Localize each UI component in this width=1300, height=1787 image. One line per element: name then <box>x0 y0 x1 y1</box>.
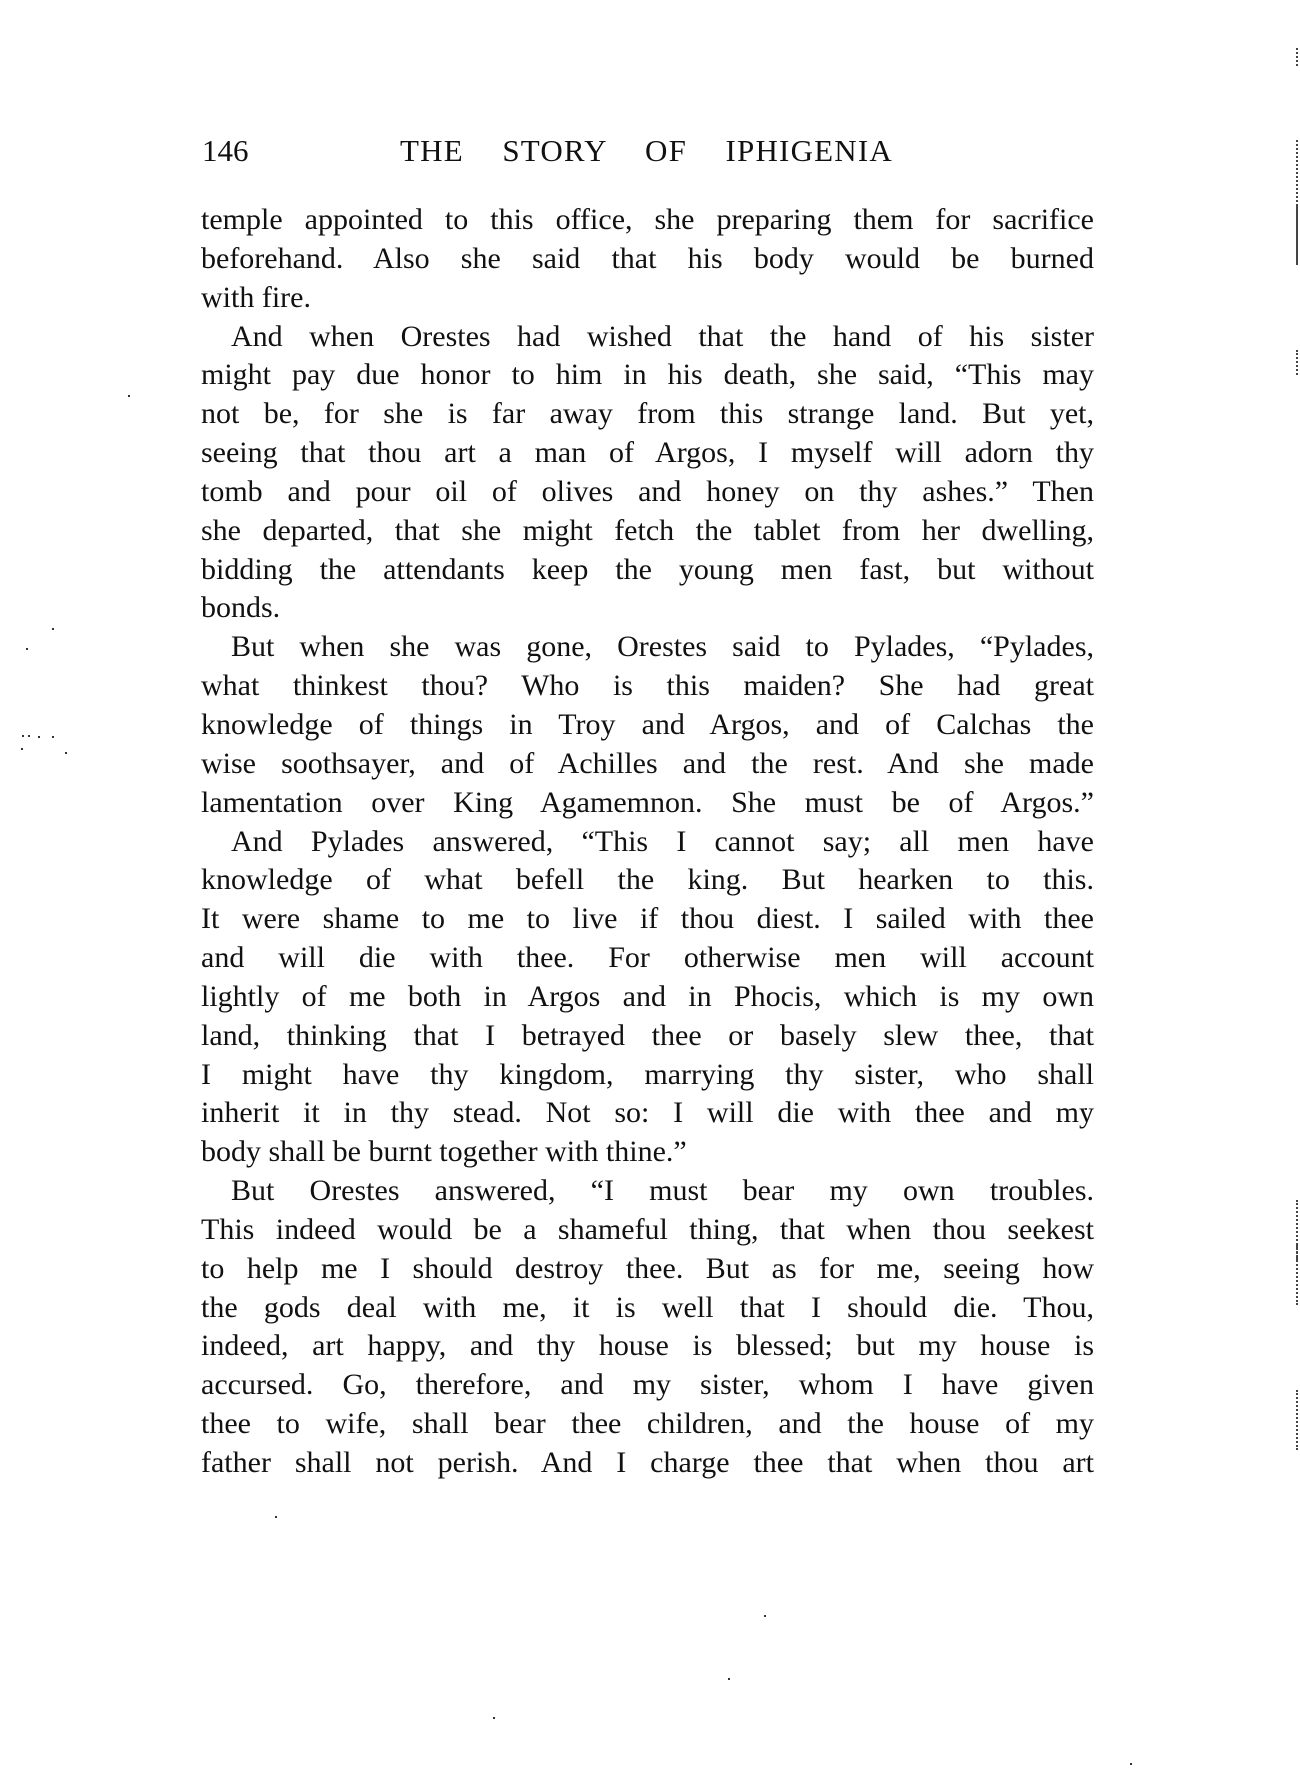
text-line: This indeed would be a shameful thing, t… <box>201 1211 1094 1250</box>
scan-speck <box>28 735 30 737</box>
text-line: body shall be burnt together with thine.… <box>201 1133 1094 1172</box>
scan-speck <box>52 736 54 738</box>
text-line: But when she was gone, Orestes said to P… <box>201 628 1094 667</box>
text-line: But Orestes answered, “I must bear my ow… <box>201 1172 1094 1211</box>
paragraph-5: But Orestes answered, “I must bear my ow… <box>201 1172 1094 1483</box>
page-number: 146 <box>202 131 249 171</box>
text-line: with fire. <box>201 279 1094 318</box>
text-line: and will die with thee. For otherwise me… <box>201 939 1094 978</box>
scan-edge-mark <box>1294 205 1298 265</box>
text-line: she departed, that she might fetch the t… <box>201 512 1094 551</box>
scan-speck <box>275 1516 277 1518</box>
scan-speck <box>493 1717 495 1719</box>
text-line: the gods deal with me, it is well that I… <box>201 1289 1094 1328</box>
text-line: wise soothsayer, and of Achilles and the… <box>201 745 1094 784</box>
scan-speck <box>38 736 40 738</box>
text-line: lightly of me both in Argos and in Phoci… <box>201 978 1094 1017</box>
text-line: seeing that thou art a man of Argos, I m… <box>201 434 1094 473</box>
text-line: might pay due honor to him in his death,… <box>201 356 1094 395</box>
scan-speck <box>728 1678 730 1680</box>
scan-speck <box>26 648 28 650</box>
text-line: bidding the attendants keep the young me… <box>201 551 1094 590</box>
scan-speck <box>1130 1763 1132 1765</box>
text-line: indeed, art happy, and thy house is bles… <box>201 1327 1094 1366</box>
text-line: tomb and pour oil of olives and honey on… <box>201 473 1094 512</box>
scan-edge-mark <box>1294 1245 1298 1305</box>
text-line: beforehand. Also she said that his body … <box>201 240 1094 279</box>
scan-speck <box>22 735 24 737</box>
text-line: lamentation over King Agamemnon. She mus… <box>201 784 1094 823</box>
text-line: And Pylades answered, “This I cannot say… <box>201 823 1094 862</box>
text-line: knowledge of what befell the king. But h… <box>201 861 1094 900</box>
scan-speck <box>52 628 54 630</box>
paragraph-1: temple appointed to this office, she pre… <box>201 201 1094 318</box>
text-line: what thinkest thou? Who is this maiden? … <box>201 667 1094 706</box>
text-line: I might have thy kingdom, marrying thy s… <box>201 1056 1094 1095</box>
text-line: thee to wife, shall bear thee children, … <box>201 1405 1094 1444</box>
text-line: It were shame to me to live if thou dies… <box>201 900 1094 939</box>
scan-speck <box>128 395 130 397</box>
text-line: father shall not perish. And I charge th… <box>201 1444 1094 1483</box>
text-line: land, thinking that I betrayed thee or b… <box>201 1017 1094 1056</box>
scan-speck <box>21 748 23 750</box>
running-title: THE STORY OF IPHIGENIA <box>400 131 893 171</box>
text-line: knowledge of things in Troy and Argos, a… <box>201 706 1094 745</box>
text-line: accursed. Go, therefore, and my sister, … <box>201 1366 1094 1405</box>
text-line: not be, for she is far away from this st… <box>201 395 1094 434</box>
scan-speck <box>764 1615 766 1617</box>
paragraph-3: But when she was gone, Orestes said to P… <box>201 628 1094 822</box>
text-line: temple appointed to this office, she pre… <box>201 201 1094 240</box>
text-line: inherit it in thy stead. Not so: I will … <box>201 1094 1094 1133</box>
scan-edge-mark <box>1294 48 1298 66</box>
scan-speck <box>1085 1108 1087 1110</box>
scan-edge-mark <box>1294 350 1298 375</box>
text-line: And when Orestes had wished that the han… <box>201 318 1094 357</box>
text-line: to help me I should destroy thee. But as… <box>201 1250 1094 1289</box>
text-line: bonds. <box>201 589 1094 628</box>
scan-edge-mark <box>1294 1390 1298 1450</box>
scan-speck <box>65 752 67 754</box>
body-text: temple appointed to this office, she pre… <box>201 201 1094 1483</box>
paragraph-2: And when Orestes had wished that the han… <box>201 318 1094 629</box>
page-header: 146 THE STORY OF IPHIGENIA <box>202 131 1095 171</box>
paragraph-4: And Pylades answered, “This I cannot say… <box>201 823 1094 1173</box>
